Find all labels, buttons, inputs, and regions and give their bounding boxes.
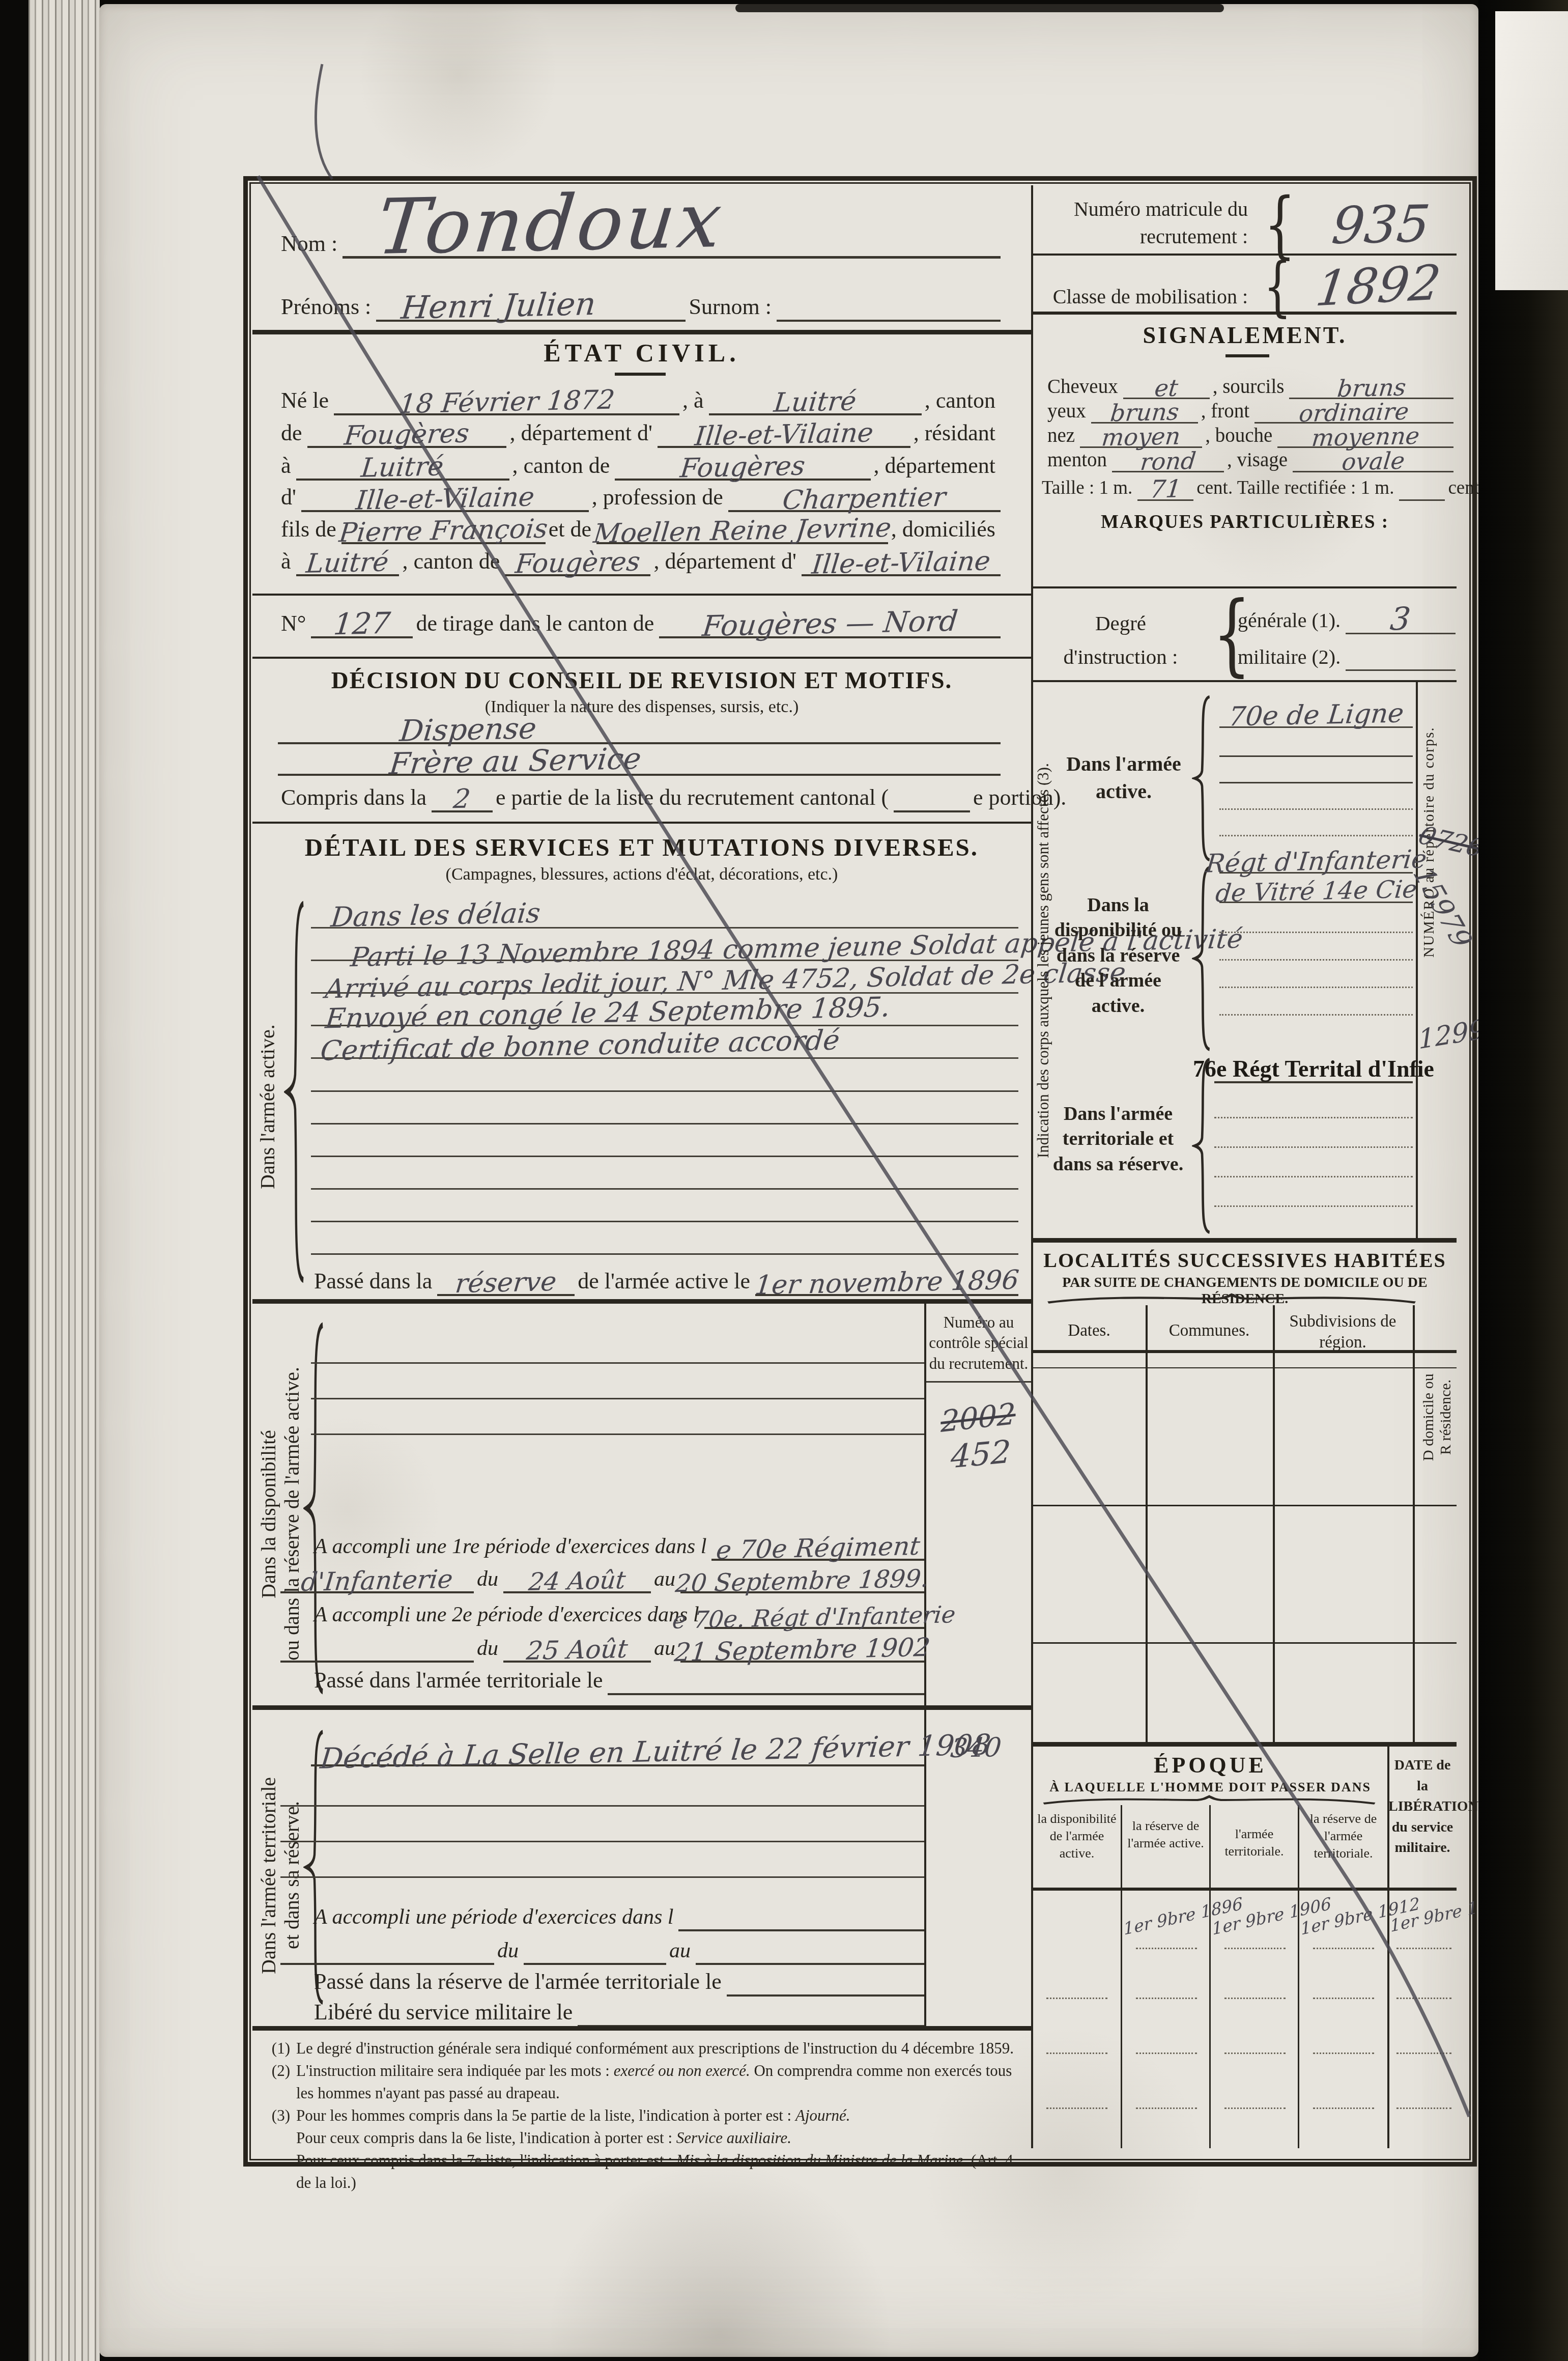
taille-value: 71 (1149, 476, 1182, 501)
decision-value-2: Frère au Service (388, 744, 642, 778)
periode2-blank-field (280, 1661, 474, 1663)
front-value: ordinaire (1298, 400, 1410, 425)
blank-line (1219, 835, 1413, 836)
periode-territoriale-dates-row: du au (280, 1935, 924, 1965)
passe-field-1: réserve (437, 1270, 575, 1296)
periode-territoriale-row: A accompli une période d'exercices dans … (311, 1902, 924, 1931)
blank-line (311, 1123, 1018, 1125)
brace-glyph: { (1264, 255, 1292, 319)
cheveux-field: et (1123, 376, 1210, 399)
controle-number-value: 452 (950, 1436, 1011, 1473)
passe-value-1: réserve (454, 1269, 558, 1297)
periode-territoriale-label: A accompli une période d'exercices dans … (311, 1905, 678, 1931)
epoque-title: ÉPOQUE (1033, 1752, 1387, 1778)
parents-commune-value: Luitré (305, 549, 390, 577)
signalement-row: nez moyen , bouche moyenne (1044, 424, 1453, 448)
a-label: à (278, 548, 296, 576)
canton-field: Fougères (307, 421, 507, 448)
et-de-label: et de (546, 516, 596, 544)
passe-value-2: 1er novembre 1896 (754, 1267, 1020, 1299)
corps-brace (1192, 1057, 1212, 1235)
blank-line (1046, 2107, 1107, 2109)
corps-territoriale-label: Dans l'armée territoriale et dans sa rés… (1049, 1102, 1187, 1177)
table-brace (1040, 1795, 1378, 1805)
yeux-value: bruns (1109, 400, 1180, 425)
controle-old-number: 2002 (940, 1399, 1016, 1437)
rule (1033, 680, 1457, 682)
footnote-number (262, 2127, 296, 2149)
ne-le-label: Né le (278, 387, 334, 415)
passe-reserve-territoriale-row: Passé dans la réserve de l'armée territo… (311, 1967, 924, 1997)
periode1-row: A accompli une 1re période d'exercices d… (311, 1529, 924, 1561)
passe-reserve-territoriale-label: Passé dans la réserve de l'armée territo… (311, 1969, 727, 1997)
blank-line (1214, 1117, 1413, 1118)
blank-line (1136, 2053, 1197, 2054)
service-entry: Dans les délais (330, 900, 542, 932)
signalement-title: SIGNALEMENT. (1033, 322, 1457, 349)
footnote-5-italic: Mis à la disposition du Ministre de la M… (676, 2151, 967, 2169)
dates-header: Dates. (1033, 1322, 1145, 1340)
cheveux-label: Cheveux (1044, 375, 1123, 399)
blank-line (1396, 2107, 1451, 2109)
liste-partie-field: 2 (432, 786, 493, 812)
a-label: , à (679, 387, 709, 415)
blank-line (1224, 1998, 1286, 1999)
footnotes: (1) Le degré d'instruction générale sera… (262, 2037, 1028, 2194)
periode1-dates-row: d'Infanterie du 24 Août au 20 Septembre … (280, 1562, 924, 1593)
instruction-generale-label: générale (1). (1235, 608, 1346, 634)
service-field: Dans les délais (311, 902, 1018, 929)
periode2-debut-value: 25 Août (525, 1636, 629, 1664)
etat-civil-line: à Luitré , canton de Fougères , départem… (278, 546, 1001, 576)
periode1-corps-field: e 70e Régiment (711, 1535, 924, 1561)
corps-territoriale-stamp: 76e Régt Territal d'Infie (1193, 1055, 1434, 1082)
blank-line (1046, 1998, 1107, 1999)
rule (252, 822, 1031, 824)
residence-canton-field: Fougères (615, 454, 870, 481)
table-line (1273, 1305, 1275, 1743)
ink-smear (735, 4, 1224, 12)
profession-value: Charpentier (781, 484, 947, 514)
footnote-4-text: Pour ceux compris dans la 6e liste, l'in… (296, 2129, 676, 2147)
passe-territoriale-row: Passé dans l'armée territoriale le (311, 1666, 924, 1695)
du-label: du (494, 1938, 524, 1965)
matricule-field: 935 (1305, 200, 1457, 250)
rule (252, 330, 1031, 334)
blank-line (1136, 1948, 1197, 1949)
table-row-line (1033, 1367, 1457, 1368)
decision-line-2: Frère au Service (278, 745, 1001, 776)
footnote-3-italic: Ajourné. (795, 2106, 850, 2124)
book-edge-dark-band (1478, 0, 1568, 2361)
periode1-corps2-value: d'Infanterie (300, 1566, 454, 1595)
deces-controle-value: 340 (949, 1734, 1003, 1762)
tirage-number-value: 127 (332, 608, 392, 639)
service-line: Arrivé au corps ledit jour, N° Mle 4752,… (311, 963, 1018, 994)
corps-active-row: 70e de Ligne (1219, 695, 1413, 728)
service-entry: Certificat de bonne conduite accordé (319, 1026, 841, 1064)
blank-line (1396, 1948, 1451, 1949)
blank-line (311, 1188, 1018, 1190)
footnote-number: (2) (262, 2060, 296, 2104)
corps-dispo-field-1: Régt d'Infanterie (1219, 849, 1413, 874)
etat-civil-line: de Fougères , département d' Ille-et-Vil… (278, 417, 1001, 448)
prenoms-field: Henri Julien (376, 290, 686, 322)
departement-label: , département d' (506, 420, 657, 448)
corps-territoriale-row: 76e Régt Territal d'Infie (1214, 1052, 1413, 1083)
service-line: Envoyé en congé le 24 Septembre 1895. (311, 996, 1018, 1026)
canton-value: Fougères (343, 420, 470, 449)
nom-field: Tondoux (343, 186, 1001, 259)
card-content: Nom : Tondoux Prénoms : Henri Julien Sur… (252, 185, 1468, 2157)
compris-label-b: e partie de la liste du recrutement cant… (493, 784, 894, 812)
father-value: Pierre François (338, 516, 549, 547)
yeux-label: yeux (1044, 400, 1091, 424)
footnote-4: Pour ceux compris dans la 6e liste, l'in… (262, 2127, 1028, 2149)
periode1-debut-value: 24 Août (527, 1568, 626, 1594)
residence-canton-value: Fougères (679, 453, 806, 482)
menton-field: rond (1112, 449, 1224, 472)
epoque-col1-header: la disponibilité de l'armée active. (1033, 1810, 1121, 1862)
matricule-row: Numéro matricule du recrutement : { 935 (1041, 193, 1457, 250)
liste-partie-value: 2 (452, 786, 472, 813)
birth-date-field: 18 Février 1872 (334, 389, 679, 415)
domicilies-label: , domiciliés (888, 516, 1001, 544)
taille-label: Taille : 1 m. (1039, 477, 1137, 501)
periode1-fin-value: 20 Septembre 1899. (674, 1566, 930, 1596)
mother-value: Moellen Reine Jevrine (592, 515, 892, 547)
instruction-label: Degré d'instruction : (1044, 607, 1197, 673)
tirage-no-label: N° (278, 610, 311, 638)
taille-rectifiee-field (1399, 499, 1445, 501)
footnote-text: Pour les hommes compris dans la 5e parti… (296, 2104, 850, 2127)
services-subtitle: (Campagnes, blessures, actions d'éclat, … (252, 865, 1031, 884)
blank-line (1313, 2053, 1374, 2054)
residence-value: Luitré (360, 453, 445, 481)
sourcils-value: bruns (1336, 376, 1407, 401)
subdivisions-header: Subdivisions de région. (1273, 1311, 1413, 1354)
footnote-number: (3) (262, 2104, 296, 2127)
birth-place-field: Luitré (709, 389, 922, 415)
footnote-5-text: Pour ceux compris dans la 7e liste, l'in… (296, 2151, 676, 2169)
fils-de-label: fils de (278, 516, 341, 544)
instruction-militaire-label: militaire (2). (1235, 645, 1346, 671)
periode2-corps-value: e 70e. Régt d'Infanterie (671, 1603, 957, 1632)
profession-label: , profession de (589, 484, 728, 512)
armee-active-side-label: Dans l'armée active. (255, 939, 280, 1275)
blank-line (1219, 808, 1413, 810)
blank-line (1313, 2107, 1374, 2109)
parents-dept-value: Ille-et-Vilaine (811, 548, 992, 578)
footnote-3: (3) Pour les hommes compris dans la 5e p… (262, 2104, 1028, 2127)
signalement-row: menton rond , visage ovale (1044, 448, 1453, 472)
repertoire-number-1-value: 15979 (1408, 864, 1476, 951)
instruction-militaire-field (1346, 669, 1456, 671)
rule (252, 594, 1031, 596)
rule (252, 2026, 1031, 2031)
footnote-2-text-a: L'instruction militaire sera indiquée pa… (296, 2062, 614, 2079)
table-line (1146, 1305, 1148, 1743)
sourcils-label: , sourcils (1210, 375, 1290, 399)
blank-line (280, 1841, 924, 1842)
departement-value: Ille-et-Vilaine (693, 419, 874, 449)
parents-dept-field: Ille-et-Vilaine (802, 550, 1001, 576)
corps-dispo-value-1: Régt d'Infanterie (1205, 846, 1428, 876)
periode1-fin-field: 20 Septembre 1899. (680, 1569, 924, 1593)
blank-line (311, 1090, 1018, 1092)
blank-line (1313, 1998, 1374, 1999)
corps-active-value: 70e de Ligne (1228, 700, 1405, 730)
nom-value: Tondoux (374, 182, 728, 266)
controle-number-crossed: 2002 (939, 1400, 1017, 1434)
deces-row: Décédé à La Selle en Luitré le 22 févrie… (311, 1733, 924, 1766)
signalement-row: yeux bruns , front ordinaire (1044, 399, 1453, 424)
blank-line (1214, 1146, 1413, 1148)
parents-commune-field: Luitré (296, 550, 400, 576)
footnote-number: (1) (262, 2037, 296, 2060)
departement-label: , département d' (650, 548, 801, 576)
paper-sheet: Nom : Tondoux Prénoms : Henri Julien Sur… (99, 4, 1478, 2357)
canton-label: , canton (922, 387, 1001, 415)
controle-number: 452 (950, 1437, 1012, 1470)
nom-row: Nom : Tondoux (278, 188, 1001, 259)
au-label: au (666, 1938, 696, 1965)
menton-value: rond (1139, 449, 1197, 473)
canton-de-label: , canton de (509, 453, 615, 481)
etat-civil-line: à Luitré , canton de Fougères , départem… (278, 450, 1001, 481)
residence-dept-value: Ille-et-Vilaine (355, 484, 536, 514)
service-field: Certificat de bonne conduite accordé (311, 1032, 1018, 1059)
etat-civil-title: ÉTAT CIVIL. (252, 338, 1031, 368)
periode1-label: A accompli une 1re période d'exercices d… (311, 1534, 711, 1561)
footnote-3-text: Pour les hommes compris dans la 5e parti… (296, 2106, 795, 2124)
blank-line (1219, 959, 1413, 961)
liberation-date-header: DATE de la LIBÉRATION du service militai… (1388, 1755, 1457, 1859)
table-brace (1044, 1293, 1419, 1304)
table-line (1413, 1305, 1415, 1743)
rule (1033, 312, 1457, 315)
passe-territoriale-label: Passé dans l'armée territoriale le (311, 1667, 608, 1695)
a-label: à (278, 453, 296, 481)
blank-line (1046, 2053, 1107, 2054)
taille-rectifiee-label: cent. Taille rectifiée : 1 m. (1193, 477, 1399, 501)
rule (252, 1299, 1031, 1304)
signalement-row: Cheveux et , sourcils bruns (1044, 375, 1453, 399)
etat-civil-line: Né le 18 Février 1872 , à Luitré , canto… (278, 385, 1001, 415)
front-field: ordinaire (1255, 401, 1453, 424)
service-field: Parti le 13 Novembre 1894 comme jeune So… (311, 935, 1018, 961)
periode-territoriale-field (678, 1929, 924, 1931)
front-label: , front (1198, 400, 1255, 424)
passe-reserve-territoriale-field (727, 1994, 924, 1997)
services-title: DÉTAIL DES SERVICES ET MUTATIONS DIVERSE… (252, 833, 1031, 862)
footnote-2-italic: exercé ou non exercé. (614, 2062, 750, 2079)
blank-line (1219, 987, 1413, 988)
periode1-corps2-field: d'Infanterie (280, 1568, 474, 1593)
corps-dispo-row-1: Régt d'Infanterie (1219, 843, 1413, 874)
footnote-4-italic: Service auxiliaire. (676, 2129, 791, 2147)
footnote-text: L'instruction militaire sera indiquée pa… (296, 2060, 1028, 2104)
decision-field-1: Dispense (278, 715, 1001, 744)
blank-line (311, 1156, 1018, 1157)
matricule-label: Numéro matricule du recrutement : (1041, 195, 1253, 250)
blank-line (1136, 1998, 1197, 1999)
prenoms-label: Prénoms : (278, 294, 376, 322)
footnote-number (262, 2149, 296, 2194)
classe-value: 1892 (1313, 259, 1443, 314)
tirage-number-field: 127 (311, 609, 413, 638)
footnote-5: Pour ceux compris dans la 7e liste, l'in… (262, 2149, 1028, 2194)
blank-line (1219, 1014, 1413, 1016)
controle-header: Numéro au contrôle spécial du recrutemen… (926, 1312, 1031, 1383)
corps-territoriale-field: 76e Régt Territal d'Infie (1214, 1055, 1413, 1083)
blank-line (1224, 1948, 1286, 1949)
epoque-col3-header: l'armée territoriale. (1211, 1825, 1298, 1860)
du-label: du (474, 1567, 503, 1593)
blank-line (1224, 2107, 1286, 2109)
tirage-label: de tirage dans le canton de (413, 610, 659, 638)
table-row-line (1033, 1505, 1457, 1506)
passe-territoriale-field (608, 1693, 924, 1695)
corps-dispo-field-2: de Vitré 14e Cie (1219, 879, 1413, 903)
libere-label: Libéré du service militaire le (311, 1999, 578, 2027)
instruction-militaire-row: militaire (2). (1235, 639, 1456, 671)
prenoms-row: Prénoms : Henri Julien Surnom : (278, 271, 1001, 322)
visage-value: ovale (1341, 449, 1406, 474)
etat-civil-line: fils de Pierre François et de Moellen Re… (278, 514, 1001, 544)
decision-field-2: Frère au Service (278, 746, 1001, 776)
periode2-debut-field: 25 Août (503, 1637, 651, 1663)
table-line (1121, 1805, 1122, 2148)
compris-row: Compris dans la 2 e partie de la liste d… (278, 782, 1001, 812)
blank-line (1224, 2053, 1286, 2054)
table-row-line (1033, 1642, 1457, 1644)
footnote-text: Pour ceux compris dans la 7e liste, l'in… (296, 2149, 1028, 2194)
birth-date-value: 18 Février 1872 (397, 387, 615, 418)
visage-label: , visage (1224, 448, 1293, 472)
classe-label: Classe de mobilisation : (1041, 283, 1253, 311)
matricule-value: 935 (1329, 199, 1432, 251)
blank-line (280, 1876, 924, 1878)
parents-canton-value: Fougères (514, 548, 641, 577)
footnote-1: (1) Le degré d'instruction générale sera… (262, 2037, 1028, 2060)
residence-dept-field: Ille-et-Vilaine (301, 486, 589, 512)
rule (1033, 1238, 1457, 1243)
service-field: Arrivé au corps ledit jour, N° Mle 4752,… (311, 968, 1018, 994)
cheveux-value: et (1153, 376, 1179, 400)
instruction-generale-value: 3 (1389, 603, 1412, 635)
nom-label: Nom : (278, 231, 343, 259)
tirage-row: N° 127 de tirage dans le canton de Fougè… (278, 605, 1001, 638)
localites-title: LOCALITÉS SUCCESSIVES HABITÉES (1033, 1248, 1457, 1272)
blank-line (1214, 1176, 1413, 1177)
decision-line-1: Dispense (278, 714, 1001, 744)
du-label: du (474, 1636, 503, 1663)
tirage-canton-field: Fougères — Nord (659, 610, 1001, 638)
blank-line (311, 1253, 1018, 1255)
periode2-dates-row: du 25 Août au 21 Septembre 1902 (280, 1631, 924, 1663)
mother-field: Moellen Reine Jevrine (596, 518, 888, 544)
blank-line (1313, 1948, 1374, 1949)
corps-active-label: Dans l'armée active. (1063, 750, 1185, 805)
rule (1033, 1742, 1457, 1747)
fin-field (696, 1963, 924, 1965)
classe-field: 1892 (1300, 262, 1457, 311)
footnote-1-text: Le degré d'instruction générale sera ind… (296, 2039, 1014, 2057)
table-header-rule (1033, 1350, 1457, 1353)
blank-line (311, 1362, 924, 1364)
periode1-corps-value: e 70e Régiment (715, 1533, 921, 1563)
numero-column-divider (1416, 682, 1418, 1238)
taille-field: 71 (1137, 477, 1193, 501)
canton-de-label: , canton de (399, 548, 505, 576)
surnom-label: Surnom : (686, 294, 777, 322)
instruction-generale-field: 3 (1346, 603, 1456, 634)
service-line: Certificat de bonne conduite accordé (311, 1028, 1018, 1059)
menton-label: menton (1044, 448, 1112, 472)
sourcils-field: bruns (1289, 376, 1453, 399)
parents-canton-field: Fougères (505, 550, 650, 576)
disponibilite-side-label-1: Dans la disponibilité (256, 1356, 279, 1672)
corps-dispo-row-2: de Vitré 14e Cie (1219, 874, 1413, 903)
blank-line (1396, 2053, 1451, 2054)
periode2-label: A accompli une 2e période d'exercices da… (311, 1603, 704, 1629)
communes-header: Communes. (1146, 1322, 1273, 1340)
domicile-residence-header-2: R résidence. (1437, 1310, 1455, 1524)
matricule-card-frame: Nom : Tondoux Prénoms : Henri Julien Sur… (243, 176, 1477, 2167)
bouche-value: moyenne (1310, 424, 1420, 449)
surnom-field (777, 320, 1001, 322)
corps-active-field: 70e de Ligne (1219, 702, 1413, 728)
yeux-field: bruns (1091, 401, 1198, 424)
service-field: Envoyé en congé le 24 Septembre 1895. (311, 999, 1018, 1026)
profession-field: Charpentier (728, 486, 1001, 512)
next-page-corner (1495, 11, 1568, 290)
subcolumn-divider (924, 1301, 926, 2026)
blank-line (1396, 1998, 1451, 1999)
nez-label: nez (1044, 424, 1080, 448)
bouche-label: , bouche (1202, 424, 1277, 448)
rule (252, 657, 1031, 659)
book-page-edges (28, 0, 100, 2361)
blank-field (280, 1963, 494, 1965)
passe-label-a: Passé dans la (311, 1268, 437, 1296)
blank-line (1214, 1205, 1413, 1207)
decision-value-1: Dispense (398, 713, 538, 746)
de-label: de (278, 420, 307, 448)
domicile-residence-header-1: D domicile ou (1420, 1310, 1437, 1524)
footnote-text: Le degré d'instruction générale sera ind… (296, 2037, 1014, 2060)
libere-row: Libéré du service militaire le (311, 1998, 924, 2027)
title-dash (1225, 354, 1269, 357)
footnote-2: (2) L'instruction militaire sera indiqué… (262, 2060, 1028, 2104)
blank-line (1219, 932, 1413, 933)
epoque-subtitle: À LAQUELLE L'HOMME DOIT PASSER DANS (1033, 1780, 1387, 1795)
deces-controle-number: 340 (951, 1735, 1001, 1759)
corps-dispo-value-2: de Vitré 14e Cie (1214, 877, 1418, 906)
compris-label-a: Compris dans la (278, 784, 432, 812)
blank-line (311, 1398, 924, 1399)
scanned-register-photo: Nom : Tondoux Prénoms : Henri Julien Sur… (0, 0, 1568, 2361)
residant-label: , résidant (910, 420, 1001, 448)
corps-brace (1192, 694, 1212, 862)
service-line: Dans les délais (311, 898, 1018, 929)
corps-brace (1192, 865, 1212, 1052)
prenoms-value: Henri Julien (400, 288, 597, 324)
nez-field: moyen (1080, 425, 1202, 448)
debut-field (524, 1963, 666, 1965)
blank-line (1219, 782, 1413, 783)
